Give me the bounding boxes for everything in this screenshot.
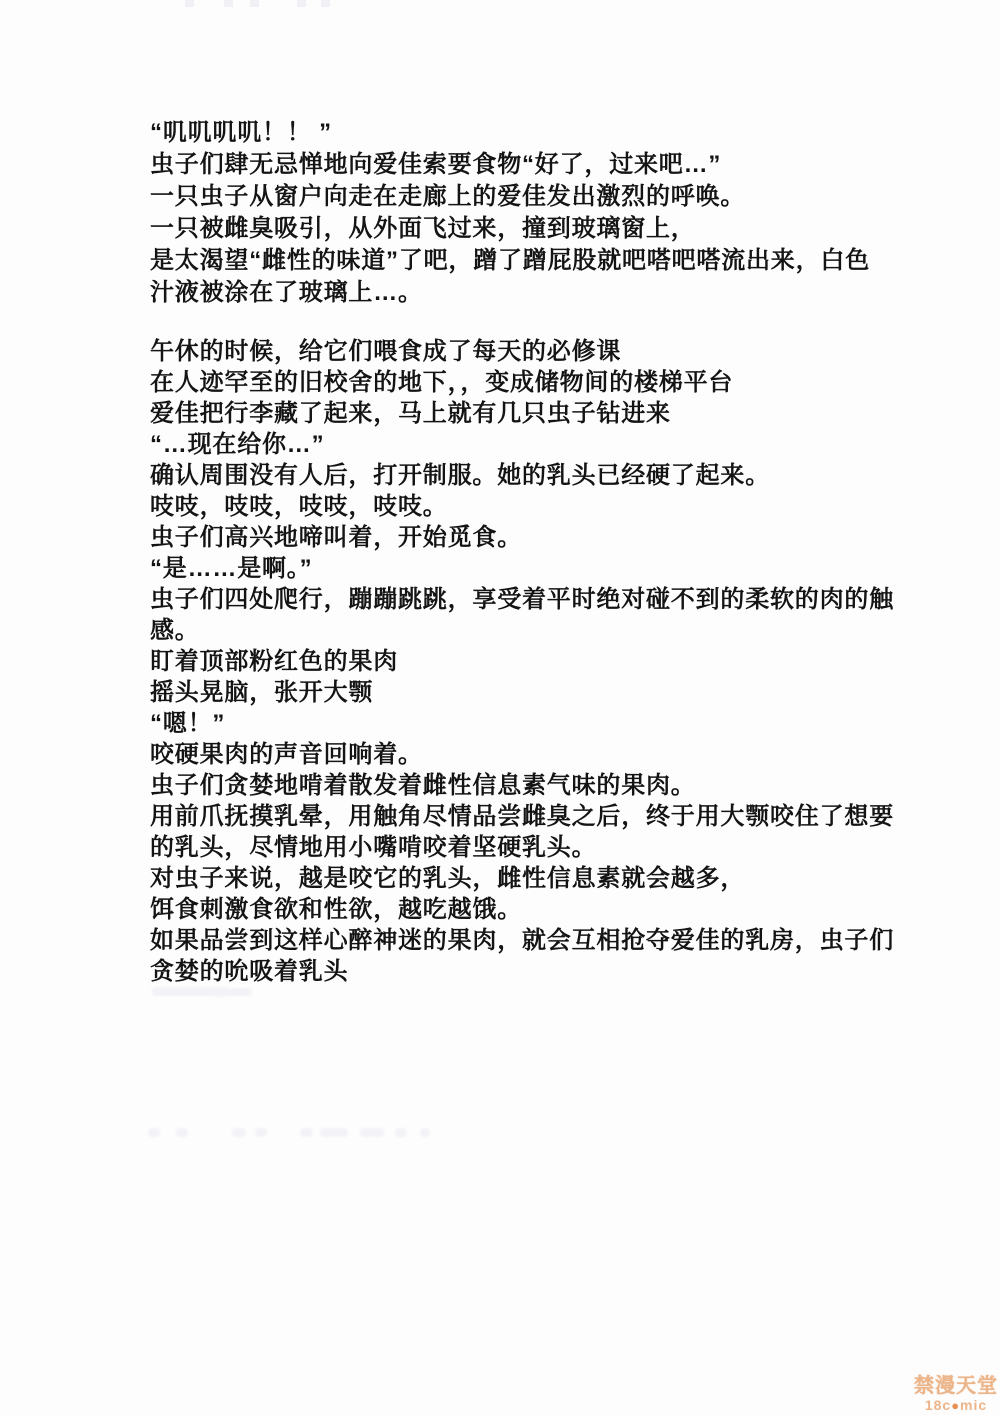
text-line: 盯着顶部粉红色的果肉 — [150, 646, 890, 677]
ghost-artifact — [320, 1128, 348, 1137]
text-line: 咬硬果肉的声音回响着。 — [150, 739, 890, 770]
text-line: 吱吱，吱吱，吱吱，吱吱。 — [150, 491, 890, 522]
paragraph-2: 午休的时候，给它们喂食成了每天的必修课 在人迹罕至的旧校舍的地下，，变成储物间的… — [150, 336, 890, 987]
text-line: 一只虫子从窗户向走在走廊上的爱佳发出激烈的呼唤。 — [150, 181, 890, 213]
text-line: “…现在给你…” — [150, 429, 890, 460]
ghost-artifact — [297, 0, 306, 7]
ghost-artifact — [255, 1128, 267, 1137]
ghost-artifact — [176, 1128, 188, 1137]
ghost-artifact — [232, 1128, 246, 1137]
ghost-artifact — [185, 0, 194, 7]
text-line: 饵食刺激食欲和性欲，越吃越饿。 — [150, 894, 890, 925]
ghost-artifact — [420, 1128, 430, 1137]
paragraph-1: “叽叽叽叽！！ ” 虫子们肆无忌惮地向爱佳索要食物“好了，过来吧…” 一只虫子从… — [150, 117, 890, 309]
ghost-artifact — [224, 0, 233, 7]
text-line: 虫子们肆无忌惮地向爱佳索要食物“好了，过来吧…” — [150, 149, 890, 181]
text-line: “叽叽叽叽！！ ” — [150, 117, 890, 149]
text-line: 感。 — [150, 615, 890, 646]
text-line: 用前爪抚摸乳晕，用触角尽情品尝雌臭之后，终于用大颚咬住了想要 — [150, 801, 890, 832]
text-line: 爱佳把行李藏了起来，马上就有几只虫子钻进来 — [150, 398, 890, 429]
watermark-logo: 18c●mic — [914, 1398, 998, 1412]
text-line: 午休的时候，给它们喂食成了每天的必修课 — [150, 336, 890, 367]
text-line: 对虫子来说，越是咬它的乳头，雌性信息素就会越多， — [150, 863, 890, 894]
ghost-artifact — [321, 0, 330, 7]
text-line: 摇头晃脑，张开大颚 — [150, 677, 890, 708]
watermark-site-name: 禁漫天堂 — [914, 1376, 998, 1396]
peach-icon: ● — [951, 1398, 960, 1413]
ghost-artifact — [395, 1128, 407, 1137]
ghost-artifact — [250, 0, 259, 7]
text-line: “是……是啊。” — [150, 553, 890, 584]
watermark-logo-suffix: mic — [960, 1397, 987, 1413]
text-line: 一只被雌臭吸引，从外面飞过来，撞到玻璃窗上， — [150, 213, 890, 245]
watermark: 禁漫天堂 18c●mic — [914, 1376, 998, 1412]
text-line: 汁液被涂在了玻璃上…。 — [150, 277, 890, 309]
ghost-artifact — [360, 1128, 384, 1137]
text-line: 是太渴望“雌性的味道”了吧，蹭了蹭屁股就吧嗒吧嗒流出来，白色 — [150, 245, 890, 277]
ghost-artifact — [300, 1128, 313, 1137]
text-line: 确认周围没有人后，打开制服。她的乳头已经硬了起来。 — [150, 460, 890, 491]
text-line: “嗯！” — [150, 708, 890, 739]
text-line: 虫子们贪婪地啃着散发着雌性信息素气味的果肉。 — [150, 770, 890, 801]
text-line: 虫子们四处爬行，蹦蹦跳跳，享受着平时绝对碰不到的柔软的肉的触 — [150, 584, 890, 615]
text-line: 虫子们高兴地啼叫着，开始觅食。 — [150, 522, 890, 553]
text-line: 贪婪的吮吸着乳头 — [150, 956, 890, 987]
text-line: 如果品尝到这样心醉神迷的果肉，就会互相抢夺爱佳的乳房，虫子们 — [150, 925, 890, 956]
document-page: “叽叽叽叽！！ ” 虫子们肆无忌惮地向爱佳索要食物“好了，过来吧…” 一只虫子从… — [0, 0, 1000, 1415]
text-line: 的乳头，尽情地用小嘴啃咬着坚硬乳头。 — [150, 832, 890, 863]
ghost-artifact — [212, 988, 252, 996]
text-line: 在人迹罕至的旧校舍的地下，，变成储物间的楼梯平台 — [150, 367, 890, 398]
ghost-artifact — [148, 1128, 160, 1137]
watermark-logo-prefix: 18c — [925, 1397, 951, 1413]
